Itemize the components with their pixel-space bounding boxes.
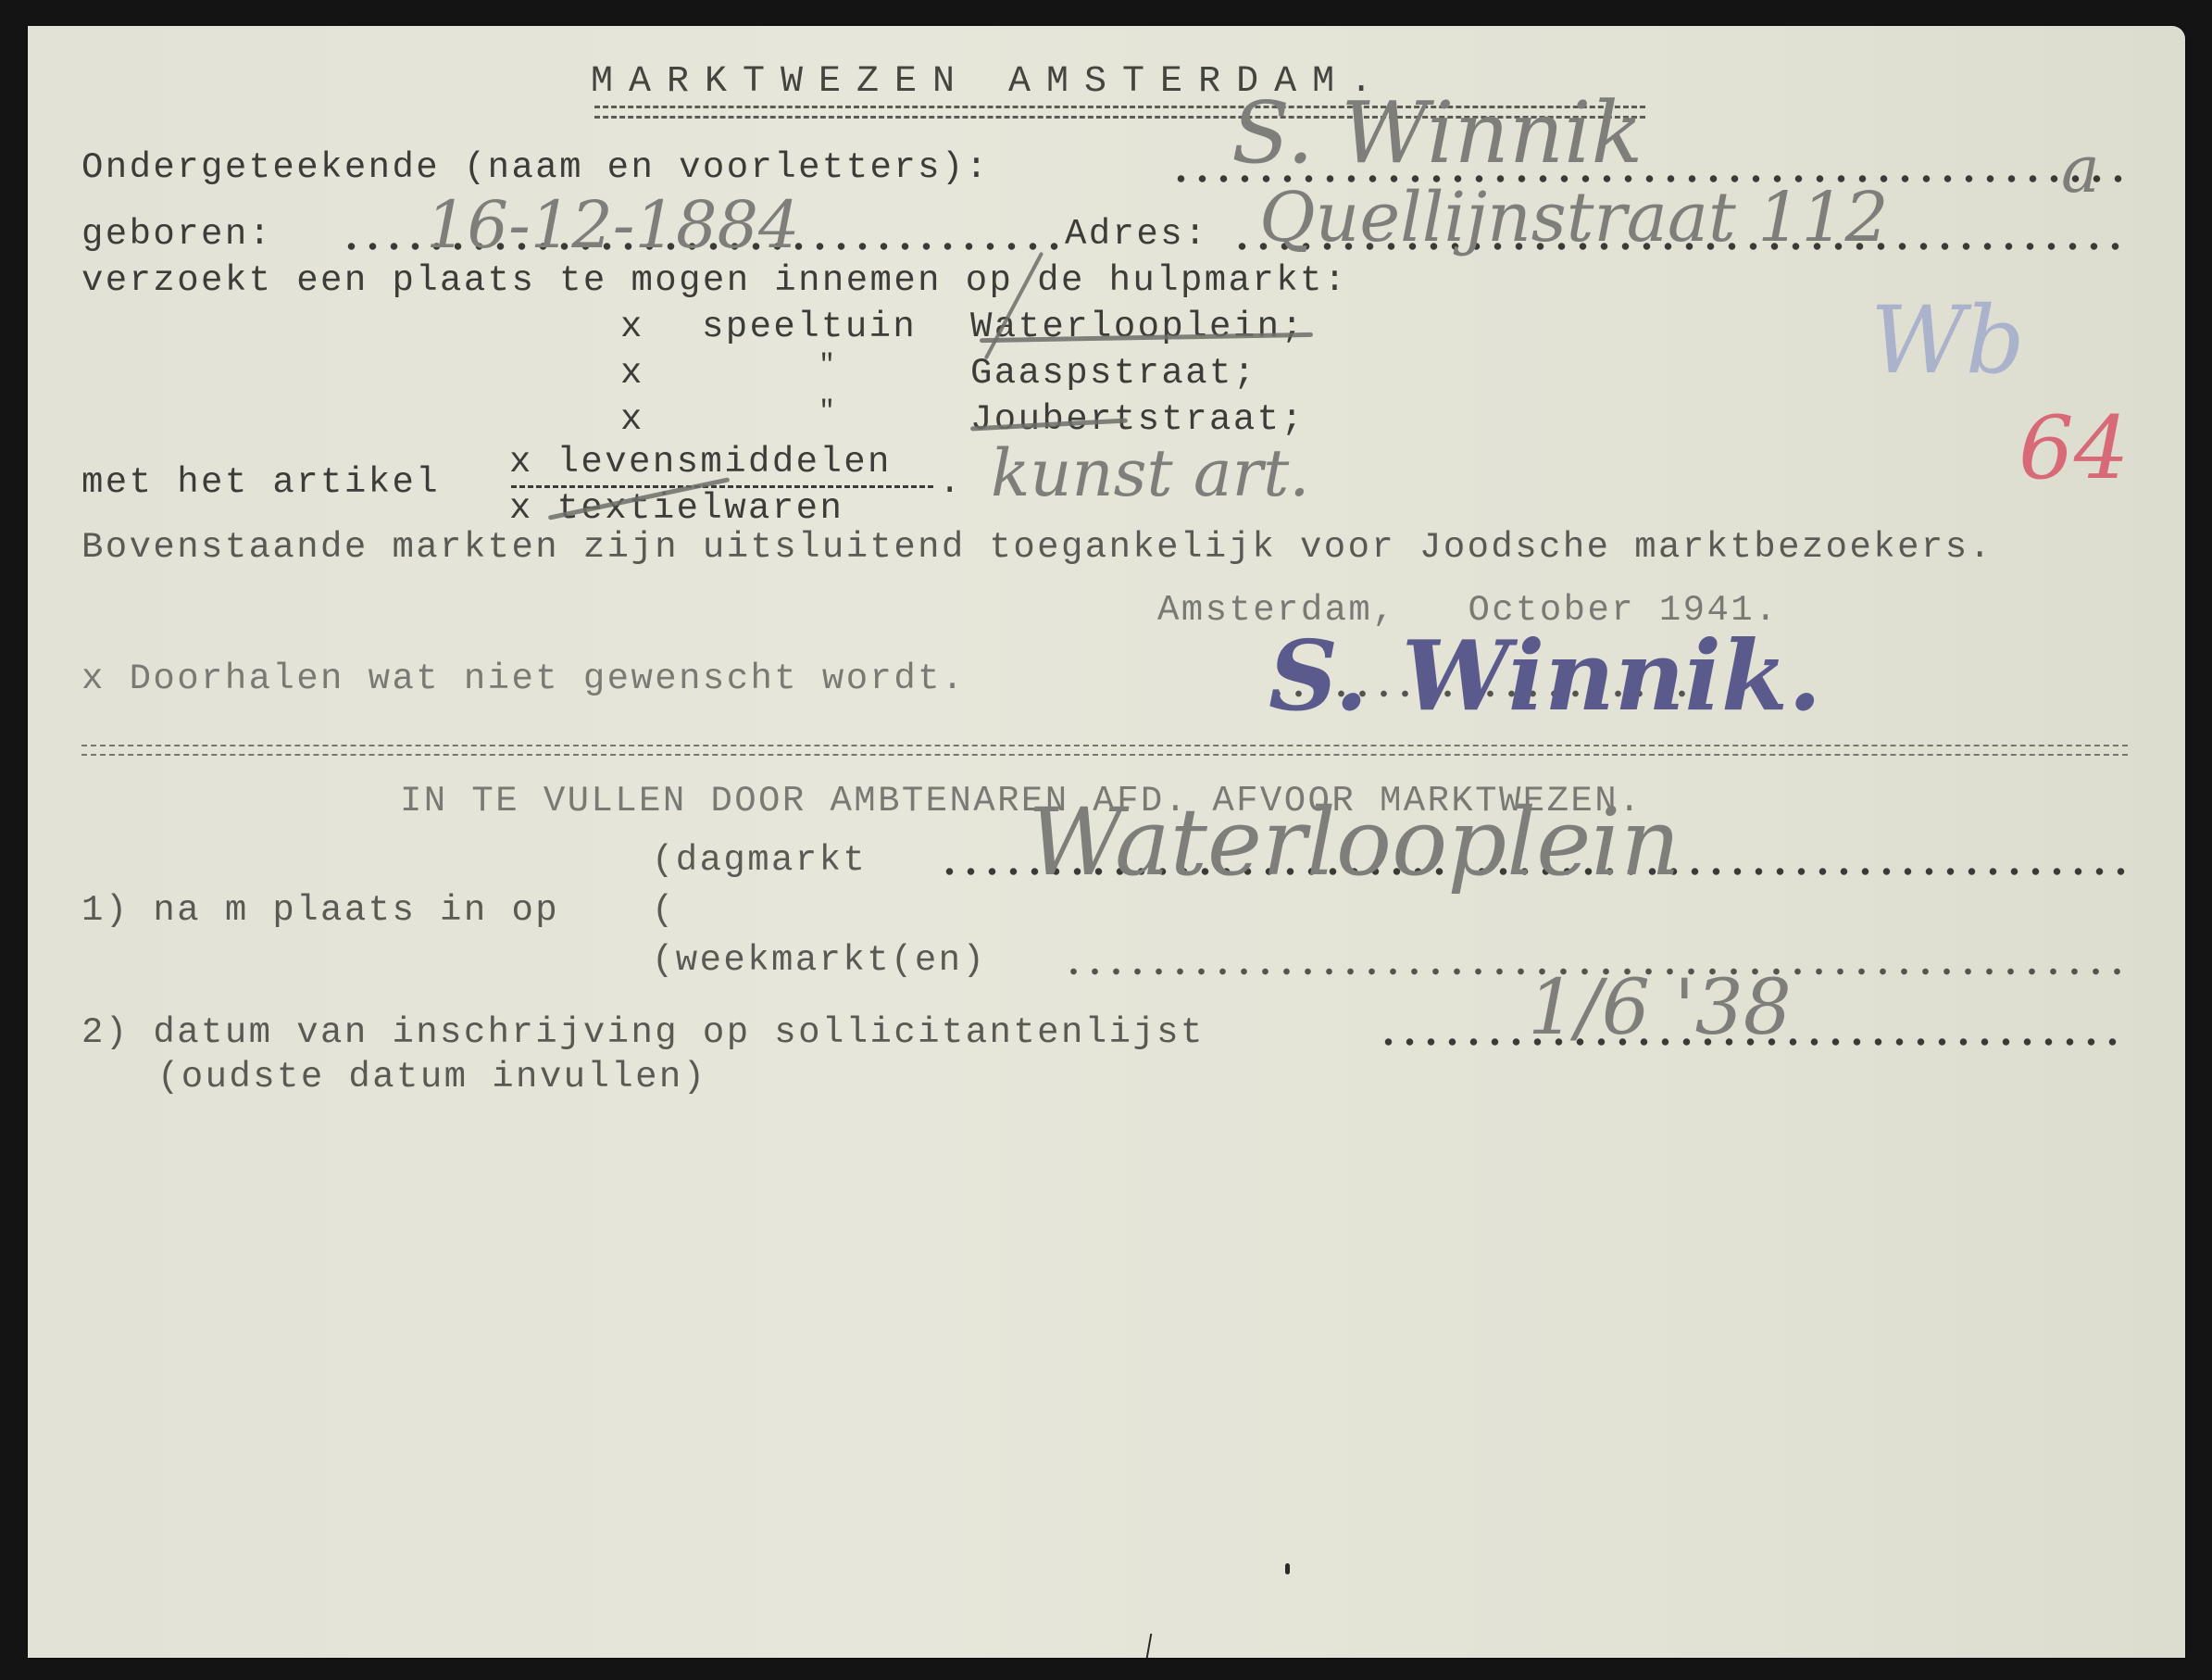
item2-label: 2) datum van inschrijving op sollicitant… [81, 1015, 1205, 1051]
address-suffix-handwritten: a [2061, 137, 2100, 202]
article-label: met het artikel [81, 465, 440, 501]
article-option-levensmiddelen: x levensmiddelen [509, 445, 892, 481]
section-separator [81, 745, 2128, 756]
margin-note-red: 64 [2018, 406, 2130, 493]
dagmarkt-label: (dagmarkt [652, 843, 867, 879]
undersigned-handwritten-value: S. Winnik [1231, 91, 1643, 176]
item1-open-paren: ( [652, 893, 676, 929]
address-handwritten-value: Quellijnstraat 112 [1259, 183, 1889, 252]
signature-handwritten: S. Winnik. [1268, 628, 1821, 724]
born-label: geboren: [81, 217, 272, 253]
market-option-location: Joubertstraat; [970, 402, 1305, 438]
article-period: . [939, 465, 963, 501]
paper-speck [1285, 1563, 1290, 1574]
market-option-marker: x [620, 402, 644, 438]
strike-instruction: x Doorhalen wat niet gewenscht wordt. [81, 661, 966, 697]
item2-handwritten-value: 1/6 '38 [1528, 971, 1792, 1047]
undersigned-label: Ondergeteekende (naam en voorletters): [81, 150, 990, 186]
item2-sublabel: (oudste datum invullen) [157, 1059, 707, 1096]
item1-label: 1) na m plaats in op [81, 893, 559, 929]
market-option-type: " [819, 398, 837, 426]
article-option-textielwaren: x textielwaren [509, 491, 844, 527]
market-option-marker: x [620, 309, 644, 345]
market-option-type: " [819, 352, 837, 380]
request-text: verzoekt een plaats te mogen innemen op … [81, 263, 1348, 299]
notice-text: Bovenstaande markten zijn uitsluitend to… [81, 530, 1993, 566]
market-option-type: speeltuin [702, 309, 917, 345]
born-handwritten-value: 16-12-1884 [426, 193, 800, 257]
margin-note-blue: Wb [1870, 295, 2025, 387]
market-option-marker: x [620, 356, 644, 392]
market-option-location: Gaaspstraat; [970, 356, 1257, 392]
dagmarkt-handwritten-value: Waterlooplein [1028, 796, 1681, 889]
address-label: Adres: [1065, 217, 1208, 253]
article-handwritten: kunst art. [991, 441, 1309, 506]
weekmarkt-label: (weekmarkt(en) [652, 943, 986, 979]
form-card: MARKTWEZEN AMSTERDAM. Ondergeteekende (n… [28, 26, 2185, 1658]
